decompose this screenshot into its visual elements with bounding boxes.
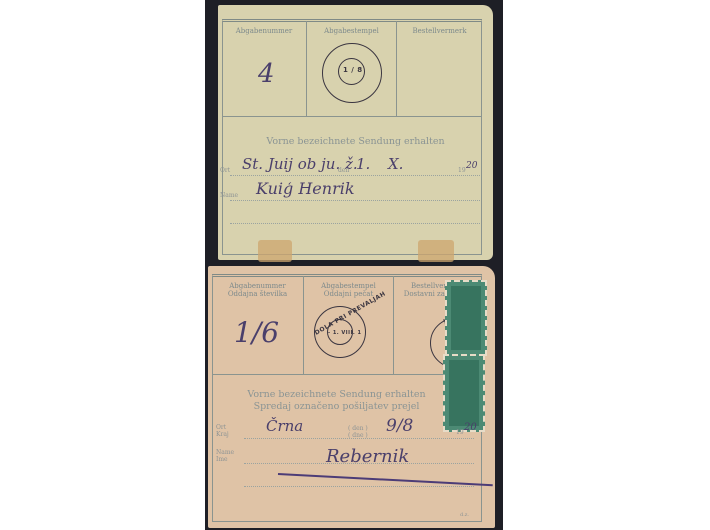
bottom-kraj-label: Kraj — [216, 431, 229, 438]
top-extra-rule — [230, 223, 480, 224]
bottom-den-label: ( den ) — [348, 425, 368, 432]
bottom-ort-value: Črna — [266, 417, 303, 435]
top-header-label: Abgabenummer — [222, 27, 306, 35]
bottom-header-label-slovene: Oddajna številka — [212, 290, 303, 298]
bottom-ort-label: Ort — [216, 424, 226, 431]
top-form-title: Vorne bezeichnete Sendung erhalten — [218, 136, 493, 148]
top-den-day: 1. — [356, 155, 370, 173]
postage-stamp — [445, 280, 487, 356]
top-header-label: Abgabestempel — [307, 27, 396, 35]
top-postmark-center: 1 / 8 — [343, 66, 363, 74]
bottom-receipt-form: Abgabenummer Oddajna številka 1/6 Abgabe… — [208, 266, 495, 528]
top-year-suffix: 20 — [466, 161, 477, 171]
bottom-name-label: Name — [216, 449, 234, 456]
bottom-year-suffix: 20 — [464, 422, 477, 433]
top-header-bestellvermerk: Bestellvermerk — [397, 21, 482, 116]
top-den-month: X. — [388, 155, 403, 173]
bottom-handwritten-number: 1/6 — [234, 316, 279, 349]
top-den-label: den — [338, 167, 349, 174]
bottom-name-rule — [244, 463, 474, 464]
top-header-label: Bestellvermerk — [397, 27, 482, 35]
tape-mark — [418, 240, 454, 262]
bottom-header-abgabenummer: Abgabenummer Oddajna številka 1/6 — [212, 276, 304, 374]
top-ort-rule — [230, 175, 480, 176]
bottom-form-title-german: Vorne bezeichnete Sendung erhalten — [208, 389, 465, 401]
bottom-form-title-slovene: Spredaj označeno pošiljatev prejel — [208, 401, 465, 413]
bottom-postmark-date: - 1. VIII. 1 — [328, 330, 362, 336]
bottom-header-abgabestempel: Abgabestempel Oddajni pečat DOLA PRI PRE… — [304, 276, 394, 374]
top-year-prefix: 19 — [458, 167, 466, 174]
bottom-ime-label: Ime — [216, 456, 228, 463]
bottom-extra-rule — [244, 486, 474, 487]
bottom-footer-code: d.z. — [460, 512, 469, 519]
top-name-rule — [230, 200, 480, 201]
top-name-value: Kuiģ Henrik — [256, 179, 355, 198]
top-header-abgabestempel: Abgabestempel 1 / 8 — [307, 21, 397, 116]
bottom-header-label: Abgabestempel — [304, 282, 393, 290]
tape-mark — [258, 240, 292, 262]
bottom-header-label: Abgabenummer — [212, 282, 303, 290]
top-header-abgabenummer: Abgabenummer 4 — [222, 21, 307, 116]
top-receipt-form: Abgabenummer 4 Abgabestempel 1 / 8 Beste… — [218, 5, 493, 260]
top-handwritten-number: 4 — [258, 59, 275, 89]
bottom-year-prefix: 19 — [456, 429, 464, 436]
top-name-label: Name — [220, 192, 238, 199]
bottom-den-value: 9/8 — [386, 416, 413, 436]
bottom-ort-rule — [244, 438, 474, 439]
top-ort-label: Ort — [220, 167, 230, 174]
top-postmark-stamp: 1 / 8 — [322, 43, 382, 103]
top-header-row: Abgabenummer 4 Abgabestempel 1 / 8 Beste… — [222, 21, 482, 117]
